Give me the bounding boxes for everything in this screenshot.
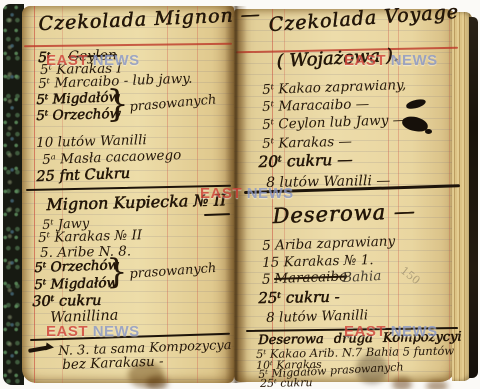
red-margin-line xyxy=(34,6,35,383)
recipe-line: 5ᵗ Karakas — xyxy=(262,136,352,152)
marbled-cover-left xyxy=(3,4,24,385)
red-column-line xyxy=(449,12,450,380)
watermark-east-news: EAST NEWS xyxy=(46,323,140,340)
notebook-photo: Czekolada Mignon — 5ᵗ Ceylon 5ᵗ Karakas … xyxy=(0,0,480,389)
watermark-news: NEWS xyxy=(247,185,294,202)
paper-stain xyxy=(146,376,168,389)
watermark-east: EAST xyxy=(46,323,88,340)
arrow-head xyxy=(45,342,54,351)
recipe-line-qty: 5 xyxy=(262,274,271,288)
cover-edge-right xyxy=(469,17,478,378)
footnote-line: bez Karakasu - xyxy=(62,355,164,372)
watermark-east: EAST xyxy=(46,52,88,69)
watermark-news: NEWS xyxy=(93,52,140,69)
grouping-brace: } xyxy=(106,255,128,289)
recipe-line: 15 Karakas № 1. xyxy=(262,254,374,270)
watermark-east: EAST xyxy=(344,323,386,340)
watermark-news: NEWS xyxy=(391,52,438,69)
paper-stain xyxy=(426,380,448,389)
recipe-line: 20ᵗ cukru — xyxy=(258,153,353,171)
ink-blot xyxy=(425,129,432,134)
recipe-line: Bahia xyxy=(342,270,382,286)
recipe-line: 25 fnt Cukru xyxy=(36,167,130,185)
watermark-east: EAST xyxy=(344,52,386,69)
grouping-brace: } xyxy=(106,87,129,123)
recipe-line: 25ᵗ cukru - xyxy=(258,290,340,306)
recipe-line: 25ᵗ cukru xyxy=(260,377,313,389)
watermark-east-news: EAST NEWS xyxy=(200,185,294,202)
paper-stain xyxy=(392,377,412,389)
section-header: Deserowa — xyxy=(272,201,416,227)
watermark-east: EAST xyxy=(200,185,242,202)
recipe-line: 5ᵗ Maracaibo — xyxy=(262,98,369,114)
recipe-line: 30ᵗ cukru xyxy=(32,294,101,310)
watermark-east-news: EAST NEWS xyxy=(344,323,438,340)
watermark-east-news: EAST NEWS xyxy=(46,52,140,69)
watermark-news: NEWS xyxy=(391,323,438,340)
watermark-news: NEWS xyxy=(93,323,140,340)
watermark-east-news: EAST NEWS xyxy=(344,52,438,69)
recipe-line-struck: Maracaibo xyxy=(274,270,348,286)
